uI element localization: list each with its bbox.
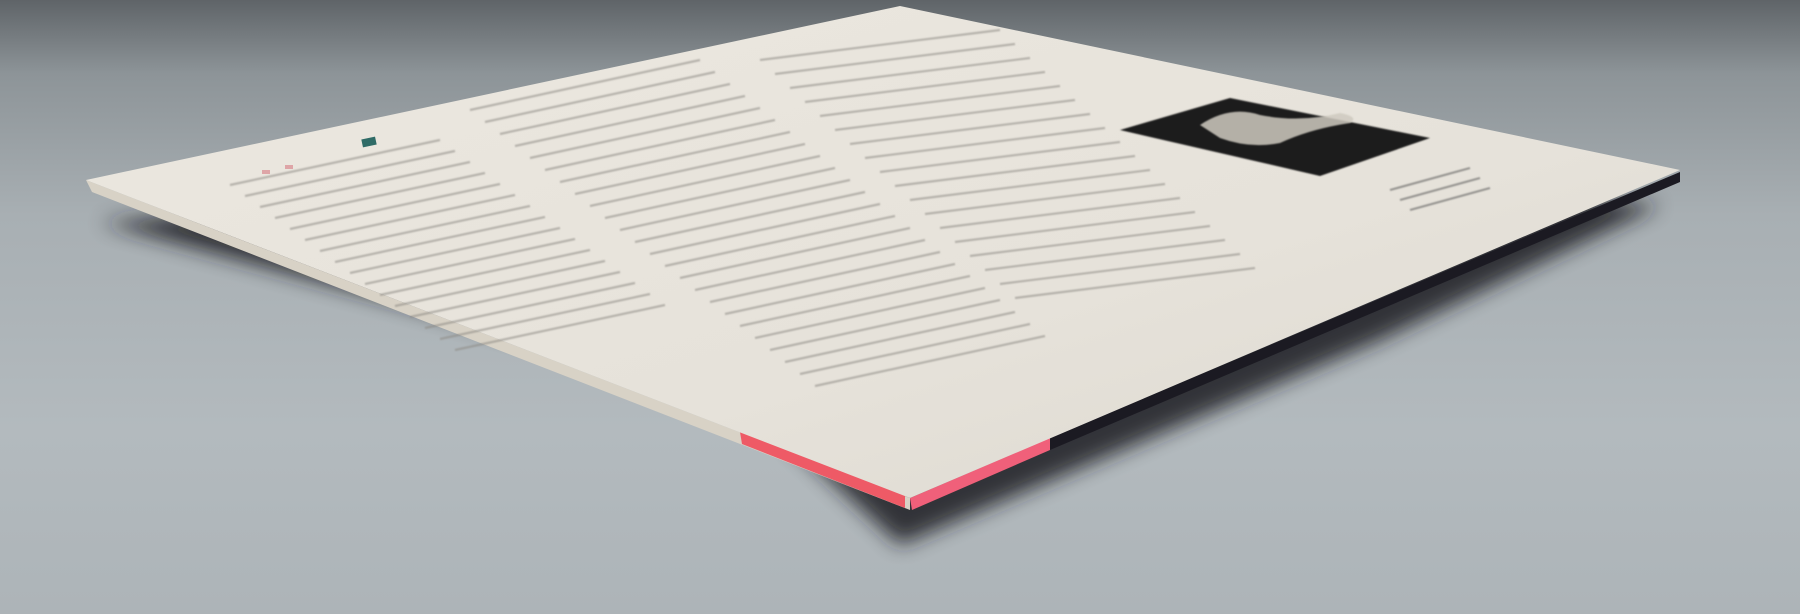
sleeve-face xyxy=(86,6,1680,498)
record-sleeve-illustration xyxy=(0,0,1800,614)
photo-scene xyxy=(0,0,1800,614)
